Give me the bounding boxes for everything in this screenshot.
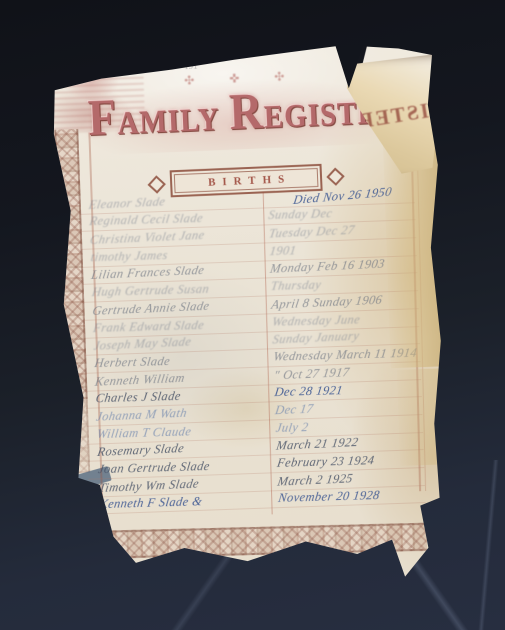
entry-date: " Oct 27 1917 [273, 365, 351, 384]
pencil-mark-line: 187 [184, 51, 198, 61]
entry-name: Herbert Slade [93, 354, 171, 371]
entry-date: March 2 1925 [276, 471, 353, 490]
entry-date: Sunday January [272, 329, 361, 348]
entry-date: April 8 Sunday 1906 [270, 293, 383, 313]
entry-date: Dec 17 [274, 402, 314, 419]
photo-background: 187 191 ✣ ✜ ✣ FAMILYREGISTER BIRTHS Elea… [0, 0, 505, 630]
entry-name: Johanna M Wath [95, 406, 188, 425]
entry-date: Wednesday June [271, 312, 361, 330]
background-crease [472, 460, 505, 630]
entry-date: July 2 [275, 420, 310, 436]
births-label: BIRTHS [201, 173, 292, 189]
entry-date: February 23 1924 [276, 453, 375, 471]
entry-date: Thursday [270, 278, 322, 294]
entry-name: Rosemary Slade [96, 441, 185, 460]
ornate-bottom-border [88, 523, 427, 559]
entry-name: Kenneth William [94, 370, 186, 389]
pencil-marks: 187 191 [184, 51, 198, 71]
entry-name: Hugh Gertrude Susan [91, 282, 210, 300]
entry-name: Joan Gertrude Slade [97, 459, 211, 477]
entry-date: 1901 [269, 243, 298, 259]
entry-date: November 20 1928 [277, 488, 380, 506]
entry-name: timothy James [90, 248, 169, 265]
title-word-family: FAMILY [87, 84, 221, 154]
entry-name: Timothy Wm Slade [98, 476, 200, 496]
entry-name: William T Claude [96, 424, 192, 442]
pencil-mark-line: 191 [184, 61, 198, 71]
entry-date: Dec 28 1921 [274, 383, 344, 400]
entry-name: Joseph May Slade [93, 335, 193, 355]
entry-name: Frank Edward Slade [92, 317, 205, 335]
entry-name: Eleanor Slade [88, 194, 167, 213]
entry-date: March 21 1922 [275, 435, 359, 454]
entry-name: Kenneth F Slade & [98, 495, 203, 513]
entry-name: Charles J Slade [95, 389, 182, 406]
entry-date: Wednesday March 11 1914 [272, 346, 418, 365]
entry-date: Sunday Dec [267, 207, 333, 224]
births-entries-list: Eleanor Slade Died Nov 26 1950 Reginald … [79, 185, 426, 515]
family-register-page: 187 191 ✣ ✜ ✣ FAMILYREGISTER BIRTHS Elea… [46, 38, 457, 601]
entry-name: Reginald Cecil Slade [89, 211, 204, 229]
entry-date: Tuesday Dec 27 [268, 223, 356, 242]
